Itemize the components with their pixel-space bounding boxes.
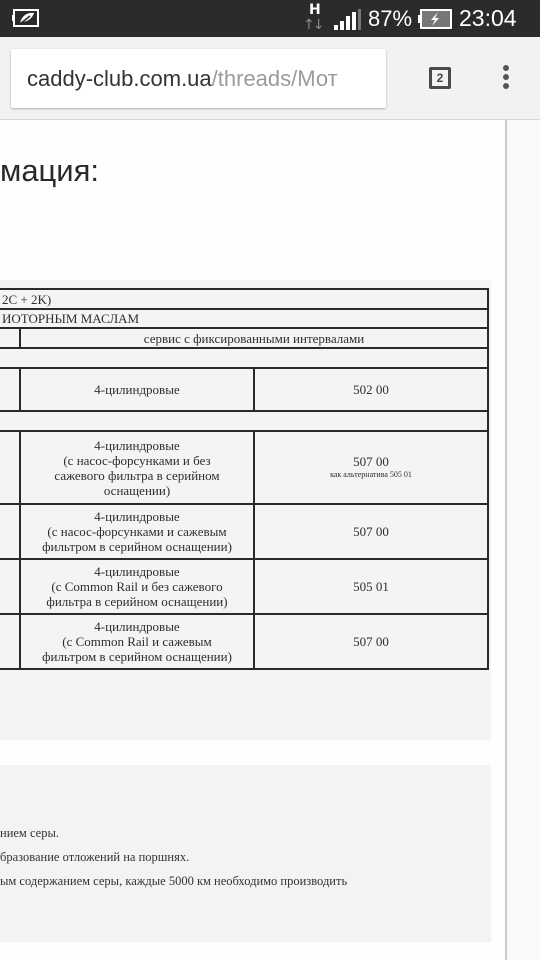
tab-switcher-button[interactable]: 2 (429, 67, 451, 89)
table-row: 4-цилиндровые (с Common Rail и без сажев… (0, 559, 488, 614)
spec-cell: 507 00 (254, 504, 488, 559)
spec-note: как альтернатива 505 01 (255, 469, 487, 481)
battery-percent: 87% (368, 6, 412, 32)
data-arrows-icon: ↑↓ (303, 17, 322, 33)
table-spacer-row (0, 348, 488, 368)
table-title-row: 2C + 2K) (0, 289, 488, 309)
spec-cell: 507 00 как альтернатива 505 01 (254, 431, 488, 504)
status-bar: H ↑↓ 87% 23:04 (0, 0, 540, 37)
engine-cell: 4-цилиндровые (20, 368, 254, 411)
clock: 23:04 (459, 5, 517, 32)
table-title: 2C + 2K) (0, 289, 488, 309)
battery-charging-icon (418, 9, 452, 29)
engine-cell: 4-цилиндровые (с насос-форсунками и саже… (20, 504, 254, 559)
overflow-menu-icon[interactable] (496, 65, 516, 93)
url-host: caddy-club.com.ua (27, 66, 212, 91)
engine-cell: 4-цилиндровые (с насос-форсунками и без … (20, 431, 254, 504)
note-line: нием серы. (0, 826, 490, 850)
service-header: сервис с фиксированными интервалами (20, 328, 488, 348)
note-line: ым содержанием серы, каждые 5000 км необ… (0, 874, 490, 898)
signal-strength-icon (334, 9, 361, 30)
tab-count: 2 (437, 71, 444, 85)
table-section-row: ИОТОРНЫМ МАСЛАМ (0, 309, 488, 328)
note-line: бразование отложений на поршнях. (0, 850, 490, 874)
table-row: 4-цилиндровые (с Common Rail и сажевым ф… (0, 614, 488, 669)
network-type: H (309, 2, 321, 18)
engine-cell: 4-цилиндровые (с Common Rail и сажевым ф… (20, 614, 254, 669)
battery-saver-leaf-icon (12, 9, 40, 27)
section-heading: мация: (0, 153, 99, 189)
browser-toolbar: caddy-club.com.ua/threads/Мот 2 (0, 37, 540, 120)
notes-text: нием серы. бразование отложений на поршн… (0, 826, 490, 898)
oil-spec-table: 2C + 2K) ИОТОРНЫМ МАСЛАМ сервис с фиксир… (0, 288, 489, 670)
url-path: /threads/Мот (212, 66, 338, 91)
table-header-row: сервис с фиксированными интервалами (0, 328, 488, 348)
url-bar[interactable]: caddy-club.com.ua/threads/Мот (11, 49, 386, 108)
spec-cell: 502 00 (254, 368, 488, 411)
table-row: 4-цилиндровые 502 00 (0, 368, 488, 411)
table-row: 4-цилиндровые (с насос-форсунками и саже… (0, 504, 488, 559)
spec-cell: 505 01 (254, 559, 488, 614)
spec-cell: 507 00 (254, 614, 488, 669)
table-spacer-row (0, 411, 488, 431)
page-margin (507, 120, 540, 960)
engine-cell: 4-цилиндровые (с Common Rail и без сажев… (20, 559, 254, 614)
table-row: 4-цилиндровые (с насос-форсунками и без … (0, 431, 488, 504)
table-section-title: ИОТОРНЫМ МАСЛАМ (0, 309, 488, 328)
